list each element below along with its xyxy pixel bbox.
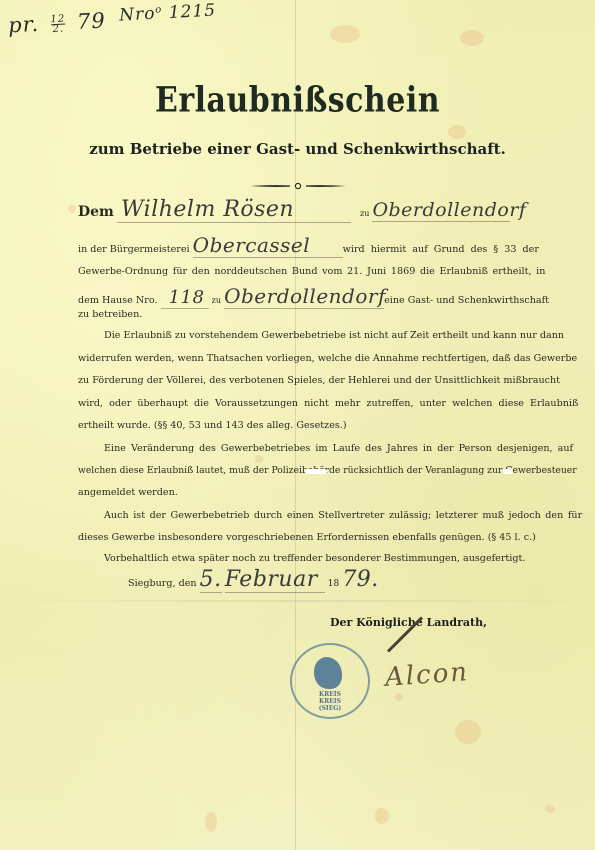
- paragraph-2-line-1: Eine Veränderung des Gewerbebetriebes im…: [78, 443, 564, 454]
- paragraph-1-line-4: wird, oder überhaupt die Voraussetzungen…: [78, 398, 538, 409]
- date-year: 79.: [342, 567, 379, 592]
- foxing-spot: [448, 125, 466, 139]
- foxing-spot: [375, 808, 389, 824]
- note-prefix: pr.: [8, 12, 40, 38]
- business-type-text: eine Gast- und Schenkwirthschaft: [384, 295, 549, 306]
- paper-tear: [305, 469, 327, 474]
- note-year: 79: [76, 8, 106, 33]
- foxing-spot: [395, 693, 403, 701]
- form-line-house: dem Hause Nro. 118 zu Oberdollendorf ein…: [78, 284, 538, 309]
- document-title: Erlaubnißschein: [0, 80, 595, 120]
- date-place: Siegburg, den: [128, 578, 197, 589]
- paragraph-1-line-3: zu Förderung der Völlerei, des verbotene…: [78, 375, 538, 386]
- recipient-name: Wilhelm Rösen: [117, 197, 351, 223]
- house-place: Oberdollendorf: [224, 284, 384, 309]
- recipient-place: Oberdollendorf: [372, 199, 510, 222]
- date-day: 5.: [200, 567, 222, 593]
- landrath-signature: Alcon: [384, 657, 470, 693]
- buergermeisterei-label: in der Bürgermeisterei: [78, 244, 190, 255]
- foxing-spot: [68, 205, 76, 213]
- stamp-text-1: KREIS: [292, 691, 368, 698]
- date-century: 18: [328, 579, 339, 589]
- house-number: 118: [161, 287, 209, 309]
- paragraph-1-line-1: Die Erlaubniß zu vorstehendem Gewerbebet…: [78, 330, 538, 341]
- legal-basis-text: wird hiermit auf Grund des § 33 der: [343, 244, 539, 255]
- foxing-spot: [460, 30, 484, 46]
- note-number: Nroo 1215: [119, 1, 217, 26]
- official-stamp: KREIS KREIS (SIEG): [290, 643, 370, 719]
- municipality-name: Obercassel: [193, 233, 343, 258]
- stamp-text-3: (SIEG): [292, 705, 368, 712]
- dem-label: Dem: [78, 204, 114, 220]
- foxing-spot: [545, 805, 555, 813]
- paper-tear: [503, 469, 513, 474]
- paragraph-3-line-2: dieses Gewerbe insbesondere vorgeschrieb…: [78, 532, 538, 543]
- date-month: Februar: [225, 567, 325, 593]
- house-label: dem Hause Nro.: [78, 295, 158, 306]
- dateline: Siegburg, den 5. Februar 18 79.: [128, 567, 428, 593]
- horizontal-fold-line: [0, 600, 595, 602]
- form-line-ordinance: Gewerbe-Ordnung für den norddeutschen Bu…: [78, 266, 538, 277]
- paragraph-1-line-5: ertheilt wurde. (§§ 40, 53 und 143 des a…: [78, 420, 538, 431]
- zu-label-2: zu: [212, 296, 221, 305]
- stamp-text-2: KREIS: [292, 698, 368, 705]
- paragraph-4-line-1: Vorbehaltlich etwa später noch zu treffe…: [78, 553, 564, 564]
- foxing-spot: [255, 455, 263, 463]
- ornament-divider: [248, 182, 348, 190]
- foxing-spot: [455, 720, 481, 744]
- note-fraction: 12 2.: [50, 14, 66, 34]
- foxing-spot: [205, 812, 217, 832]
- paragraph-3-line-1: Auch ist der Gewerbebetrieb durch einen …: [78, 510, 564, 521]
- form-line-operate: zu betreiben.: [78, 309, 538, 320]
- foxing-spot: [330, 25, 360, 43]
- zu-label: zu: [360, 209, 369, 218]
- paragraph-2-line-3: angemeldet werden.: [78, 487, 538, 498]
- paragraph-1-line-2: widerrufen werden, wenn Thatsachen vorli…: [78, 353, 538, 364]
- form-line-recipient: Dem Wilhelm Rösen zu Oberdollendorf: [78, 197, 538, 223]
- stamp-eagle-icon: [314, 657, 342, 689]
- document-subtitle: zum Betriebe einer Gast- und Schenkwirth…: [0, 140, 595, 158]
- form-line-municipality: in der Bürgermeisterei Obercassel wird h…: [78, 233, 538, 258]
